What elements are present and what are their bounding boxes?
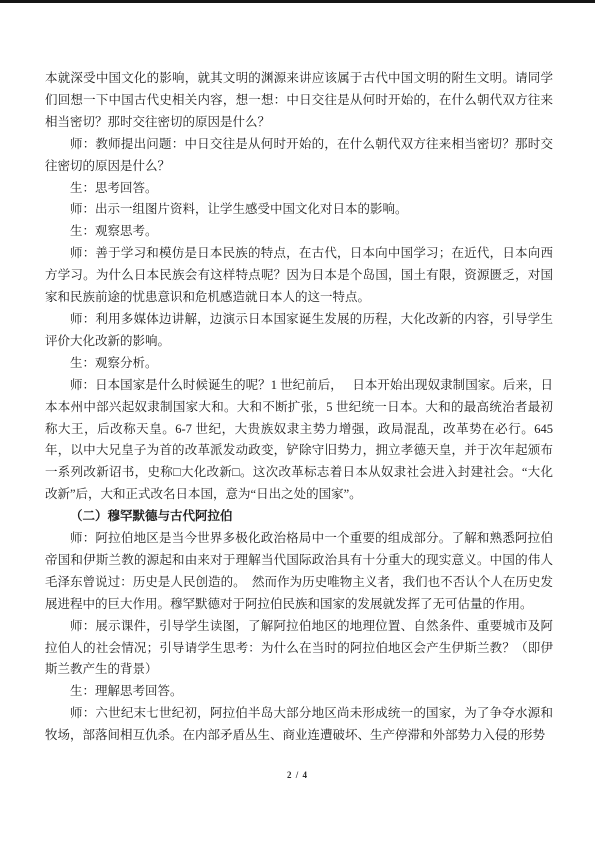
paragraph: 师：善于学习和模仿是日本民族的特点，在古代，日本向中国学习；在近代，日本向西方学… bbox=[45, 243, 553, 309]
top-edge-bar bbox=[0, 0, 595, 3]
page-number: 2 / 4 bbox=[0, 770, 595, 780]
paragraph: 生：理解思考回答。 bbox=[45, 681, 553, 703]
paragraph: 师：教师提出问题：中日交往是从何时开始的，在什么朝代双方往来相当密切？那时交往密… bbox=[45, 134, 553, 178]
paragraph: 生：观察思考。 bbox=[45, 221, 553, 243]
paragraph: 师：利用多媒体边讲解，边演示日本国家诞生发展的历程，大化改新的内容，引导学生评价… bbox=[45, 309, 553, 353]
paragraph: 师：日本国家是什么时候诞生的呢？1 世纪前后， 日本开始出现奴隶制国家。后来，日… bbox=[45, 375, 553, 506]
paragraph: 师：出示一组图片资料，让学生感受中国文化对日本的影响。 bbox=[45, 199, 553, 221]
paragraph: 师：展示课件，引导学生读图，了解阿拉伯地区的地理位置、自然条件、重要城市及阿拉伯… bbox=[45, 616, 553, 682]
document-body: 本就深受中国文化的影响，就其文明的渊源来讲应该属于古代中国文明的附生文明。请同学… bbox=[45, 68, 553, 747]
paragraph: 本就深受中国文化的影响，就其文明的渊源来讲应该属于古代中国文明的附生文明。请同学… bbox=[45, 68, 553, 134]
section-heading: （二）穆罕默德与古代阿拉伯 bbox=[45, 506, 553, 528]
paragraph: 师：六世纪末七世纪初，阿拉伯半岛大部分地区尚未形成统一的国家，为了争夺水源和牧场… bbox=[45, 703, 553, 747]
paragraph: 师：阿拉伯地区是当今世界多极化政治格局中一个重要的组成部分。了解和熟悉阿拉伯帝国… bbox=[45, 528, 553, 616]
document-page: 本就深受中国文化的影响，就其文明的渊源来讲应该属于古代中国文明的附生文明。请同学… bbox=[0, 0, 595, 841]
paragraph: 生：思考回答。 bbox=[45, 178, 553, 200]
paragraph: 生：观察分析。 bbox=[45, 353, 553, 375]
